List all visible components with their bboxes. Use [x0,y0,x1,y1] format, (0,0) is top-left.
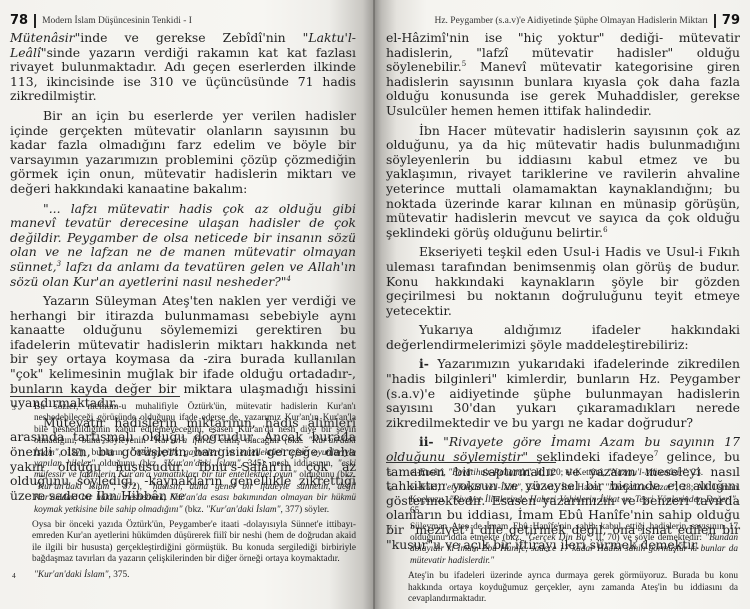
footnote-ref: 6 [603,226,607,234]
text-run [434,434,444,449]
paragraph: el-Hâzimî'nin ise "hiç yoktur" dediği- m… [386,31,740,119]
footnote-number: 7 [386,522,410,568]
text-run: , 249 vd.; İbn Hacer, [521,483,605,493]
text-run: olduğunu (bkz. [296,470,356,480]
right-page: Hz. Peygamber (s.a.v)'e Aidiyetinde Şüph… [374,0,750,609]
text-run: "Kur'an'daki İslam" [163,459,240,469]
footnote-number: 5 [386,468,410,479]
text-run: Yazarın Süleyman Ateş'ten naklen yer ver… [10,293,356,410]
page-number: 79 [722,13,740,28]
header-separator [714,14,716,28]
text-run: "et-Takyîd ve'l-Îzâh" [443,483,520,493]
text-run: , 372), [113,482,149,492]
paragraph: Yazarın Süleyman Ateş'ten naklen yer ver… [10,294,356,411]
text-run: "Kur'an'daki İslam" [34,570,109,580]
footnote: 5el-Ensârî, "Fevâtihu'r-Rahamût", II, 12… [386,468,738,479]
footnote-number: 3 [10,402,34,516]
text-run: , 377) söyler. [281,505,330,515]
text-run: (bkz. [183,505,207,515]
footnote-text: Bu sözler, mefhum-u muhalifiyle Öztürk'ü… [34,402,356,516]
text-run: lafzı da anlamı da tevatüren gelen ve Al… [10,259,356,289]
left-page: 78 Modern İslam Düşüncesinin Tenkidi - I… [0,0,374,609]
footnote-number: 4 [10,570,34,581]
paragraph: Mütenâsir"inde ve gerekse Zebîdî'nin "La… [10,31,356,104]
text-run: İbn Hacer mütevatir hadislerin sayısının… [386,123,740,240]
text-run: etmiş olacağını (bkz. [215,436,309,446]
text-run: , II, 70) ve şöyle demektedir: [590,533,705,543]
text-run: i- [419,356,429,371]
footnote-rule [10,396,180,397]
left-page-footnotes: 3Bu sözler, mefhum-u muhalifiyle Öztürk'… [10,402,356,585]
text-run: "Nazmu'l-Mütenâsir" [607,468,687,478]
text-run: Ekseriyeti teşkil eden Usul-i Hadis ve U… [386,244,740,317]
footnote-ref: 4 [286,274,290,282]
text-run: Mütenâsir" [10,30,80,45]
paragraph: Yukarıya aldığımız ifadeler hakkındaki d… [386,323,740,352]
footnote: 7Süleyman Ateş de İmam Ebû Hanîfe'nin sa… [386,522,738,568]
text-run: Yazarımızın yukarıdaki ifadelerinde zikr… [386,356,740,429]
paragraph: i- Yazarımızın yukarıdaki ifadelerinde z… [386,357,740,430]
footnote-text: "Kur'an'daki İslam", 375. [34,570,356,581]
text-run: "Rivayet İlimlerinde Haberi Vahitlerin İ… [449,495,735,505]
text-run: el-Irâkî, [410,483,443,493]
text-run: Yukarıya aldığımız ifadeler hakkındaki d… [386,322,740,352]
text-run: olduğunu (bkz. [95,459,164,469]
paragraph: İbn Hacer mütevatir hadislerin sayısının… [386,124,740,241]
footnote-continuation: Oysa bir önceki yazıda Öztürk'ün, Peygam… [10,520,356,566]
page-number: 78 [10,13,28,28]
right-page-header: Hz. Peygamber (s.a.v)'e Aidiyetinde Şüph… [434,13,740,28]
footnote: 6el-Irâkî, "et-Takyîd ve'l-Îzâh", 249 vd… [386,483,738,517]
footnote-number: 6 [386,483,410,517]
paragraph: "... lafzı mütevatir hadis çok az olduğu… [10,202,356,290]
footnote-text: el-Irâkî, "et-Takyîd ve'l-Îzâh", 249 vd.… [410,483,738,517]
text-run: , 375. [109,570,130,580]
footnote-rule [386,462,556,463]
right-page-footnotes: 5el-Ensârî, "Fevâtihu'r-Rahamût", II, 12… [386,468,738,609]
text-run: , II, 120; el-Kettânî, [531,468,607,478]
footnote: 3Bu sözler, mefhum-u muhalifiyle Öztürk'… [10,402,356,516]
footnote-text: Süleyman Ateş de İmam Ebû Hanîfe'nin sah… [410,522,738,568]
header-separator [34,14,36,28]
text-run: "Kur'an'daki İslam" [34,482,113,492]
left-page-header: 78 Modern İslam Düşüncesinin Tenkidi - I [10,13,192,28]
text-run: sinde yazarın verdiği rakamın kat kat fa… [10,45,356,104]
text-run: "Kur'an'a iftira" [151,436,215,446]
running-title: Modern İslam Düşüncesinin Tenkidi - I [42,16,192,26]
text-run: "Kur'an'daki İslam" [206,505,281,515]
text-run: "Nüzhetu'n-Nazar" [605,483,676,493]
text-run: , 23. [687,468,703,478]
paragraph: Bir an için bu eserlerde yer verilen had… [10,109,356,197]
text-run: , 157), bunların, [59,448,131,458]
text-run: ii- [419,434,434,449]
text-run: el-Ensârî, [410,468,448,478]
running-title: Hz. Peygamber (s.a.v)'e Aidiyetinde Şüph… [434,16,707,26]
text-run: , 345), nesh iddiasının, [241,459,338,469]
text-run: "Gerçek Din Bu" [525,533,590,543]
text-run: inde ve gerekse Zebîdî'nin [80,30,302,45]
footnote-continuation: Ateş'in bu ifadeleri üzerinde ayrıca dur… [386,571,738,605]
book-gutter [373,0,375,609]
footnote-text: el-Ensârî, "Fevâtihu'r-Rahamût", II, 120… [410,468,738,479]
footnote: 4"Kur'an'daki İslam", 375. [10,570,356,581]
paragraph: Ekseriyeti teşkil eden Usul-i Hadis ve U… [386,245,740,318]
book-spread: 78 Modern İslam Düşüncesinin Tenkidi - I… [0,0,750,609]
text-run: "Fevâtihu'r-Rahamût" [448,468,531,478]
text-run: Bir an için bu eserlerde yer verilen had… [10,108,356,196]
